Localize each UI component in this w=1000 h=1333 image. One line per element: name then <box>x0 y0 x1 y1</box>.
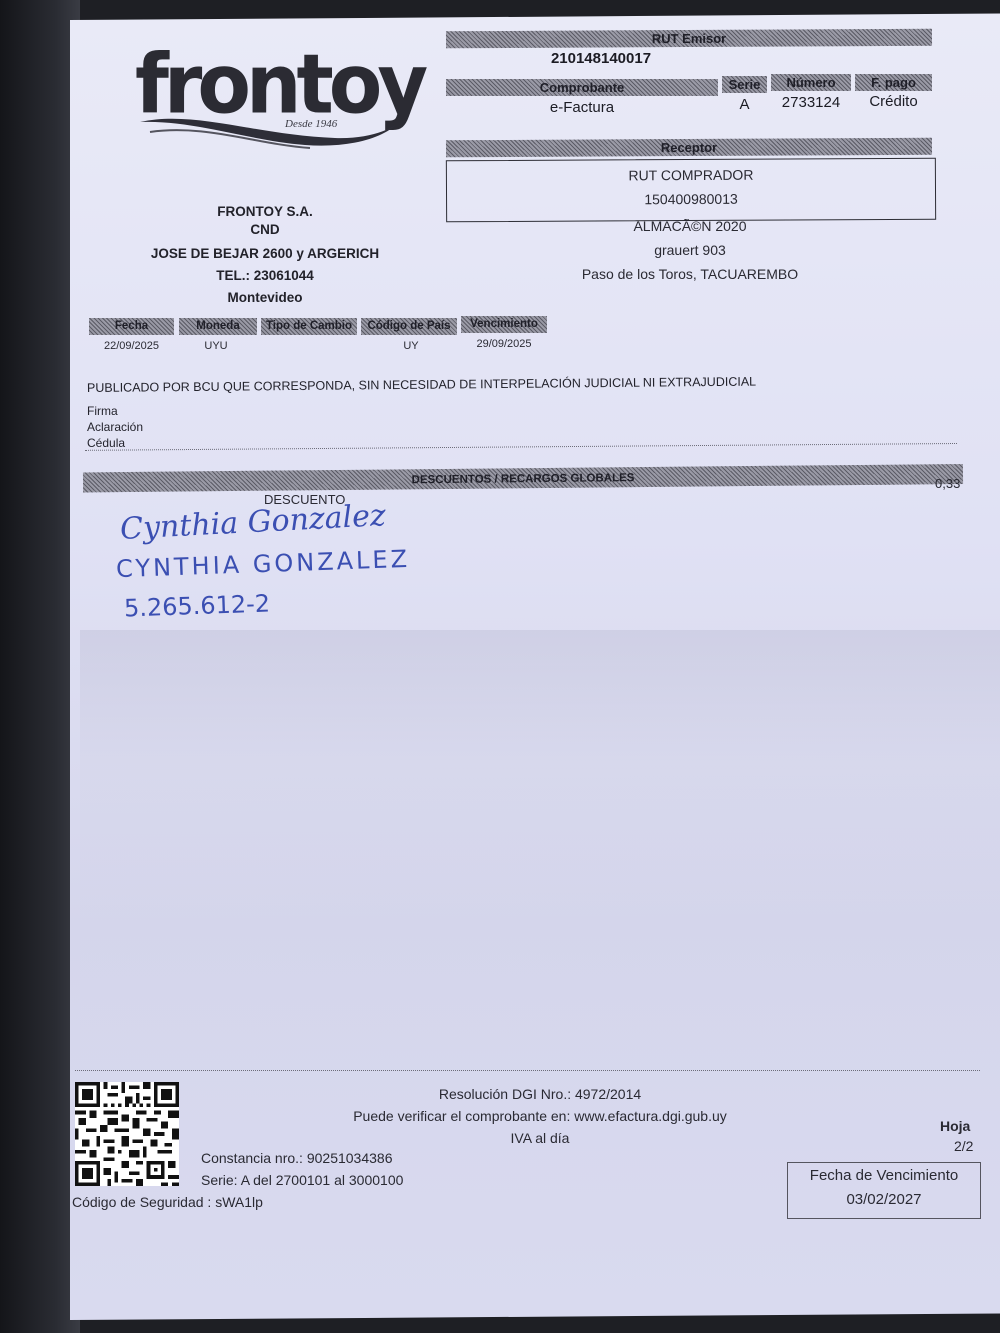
fecha-header: Fecha <box>89 318 174 335</box>
logo-swoosh-icon <box>135 110 405 150</box>
serie-range-text: Serie: A del 2700101 al 3000100 <box>201 1172 403 1188</box>
hoja-label: Hoja <box>940 1118 970 1134</box>
cedula-label: Cédula <box>87 436 125 450</box>
fecha-value: 22/09/2025 <box>89 340 174 352</box>
iva-text: IVA al día <box>300 1127 780 1149</box>
receptor-rut-box: RUT COMPRADOR 150400980013 <box>446 158 936 223</box>
receptor-rut-label: RUT COMPRADOR <box>447 162 935 189</box>
hoja-value: 2/2 <box>954 1138 973 1154</box>
fecha-vencimiento-value: 03/02/2027 <box>788 1188 980 1212</box>
rut-emisor-header: RUT Emisor <box>446 29 932 49</box>
numero-header: Número <box>771 74 851 91</box>
footer-rule <box>75 1070 980 1071</box>
emisor-city: Montevideo <box>100 287 430 309</box>
paper-fold-shadow <box>80 630 1000 1070</box>
qr-code-icon <box>75 1082 179 1186</box>
descuento-amount: 0,33 <box>935 476 960 491</box>
aclaracion-label: Aclaración <box>87 420 143 434</box>
receptor-header: Receptor <box>446 138 932 158</box>
logo-tagline: Desde 1946 <box>285 118 337 130</box>
security-code-text: Código de Seguridad : sWA1lp <box>72 1194 263 1210</box>
background-surface <box>0 0 80 1333</box>
numero-value: 2733124 <box>771 94 851 111</box>
emisor-block: FRONTOY S.A. CND JOSE DE BEJAR 2600 y AR… <box>100 203 430 309</box>
firma-label: Firma <box>87 404 118 418</box>
fpago-value: Crédito <box>855 93 932 110</box>
moneda-header: Moneda <box>179 318 257 335</box>
fpago-header: F. pago <box>855 74 932 91</box>
serie-value: A <box>722 96 767 113</box>
constancia-text: Constancia nro.: 90251034386 <box>201 1150 392 1166</box>
codigo-pais-header: Código de País <box>361 318 457 335</box>
serie-header: Serie <box>722 76 767 93</box>
receptor-city: Paso de los Toros, TACUAREMBO <box>446 262 934 286</box>
receptor-address: grauert 903 <box>446 238 934 262</box>
handwritten-cedula: 5.265.612-2 <box>124 589 271 622</box>
resolucion-text: Resolución DGI Nro.: 4972/2014 <box>300 1083 780 1105</box>
emisor-address: JOSE DE BEJAR 2600 y ARGERICH <box>100 243 430 265</box>
vencimiento-value: 29/09/2025 <box>461 338 547 350</box>
tipo-cambio-header: Tipo de Cambio <box>261 318 357 335</box>
emisor-branch: CND <box>100 221 430 239</box>
receptor-name: ALMACÃ©N 2020 <box>446 214 934 238</box>
fecha-vencimiento-label: Fecha de Vencimiento <box>788 1164 980 1188</box>
comprobante-header: Comprobante <box>446 79 718 96</box>
emisor-phone: TEL.: 23061044 <box>100 265 430 287</box>
footer-center: Resolución DGI Nro.: 4972/2014 Puede ver… <box>300 1083 780 1149</box>
codigo-pais-value: UY <box>361 340 461 352</box>
info-table: Fecha Moneda Tipo de Cambio Código de Pa… <box>89 318 549 358</box>
vencimiento-header: Vencimiento <box>461 316 547 333</box>
fecha-vencimiento-box: Fecha de Vencimiento 03/02/2027 <box>787 1162 981 1219</box>
rut-emisor-value: 210148140017 <box>358 50 844 67</box>
receptor-rut-value: 150400980013 <box>447 186 935 213</box>
receptor-details: ALMACÃ©N 2020 grauert 903 Paso de los To… <box>446 214 934 286</box>
comprobante-value: e-Factura <box>446 99 718 116</box>
moneda-value: UYU <box>179 340 253 352</box>
emisor-name: FRONTOY S.A. <box>100 203 430 221</box>
verify-text: Puede verificar el comprobante en: www.e… <box>300 1105 780 1127</box>
